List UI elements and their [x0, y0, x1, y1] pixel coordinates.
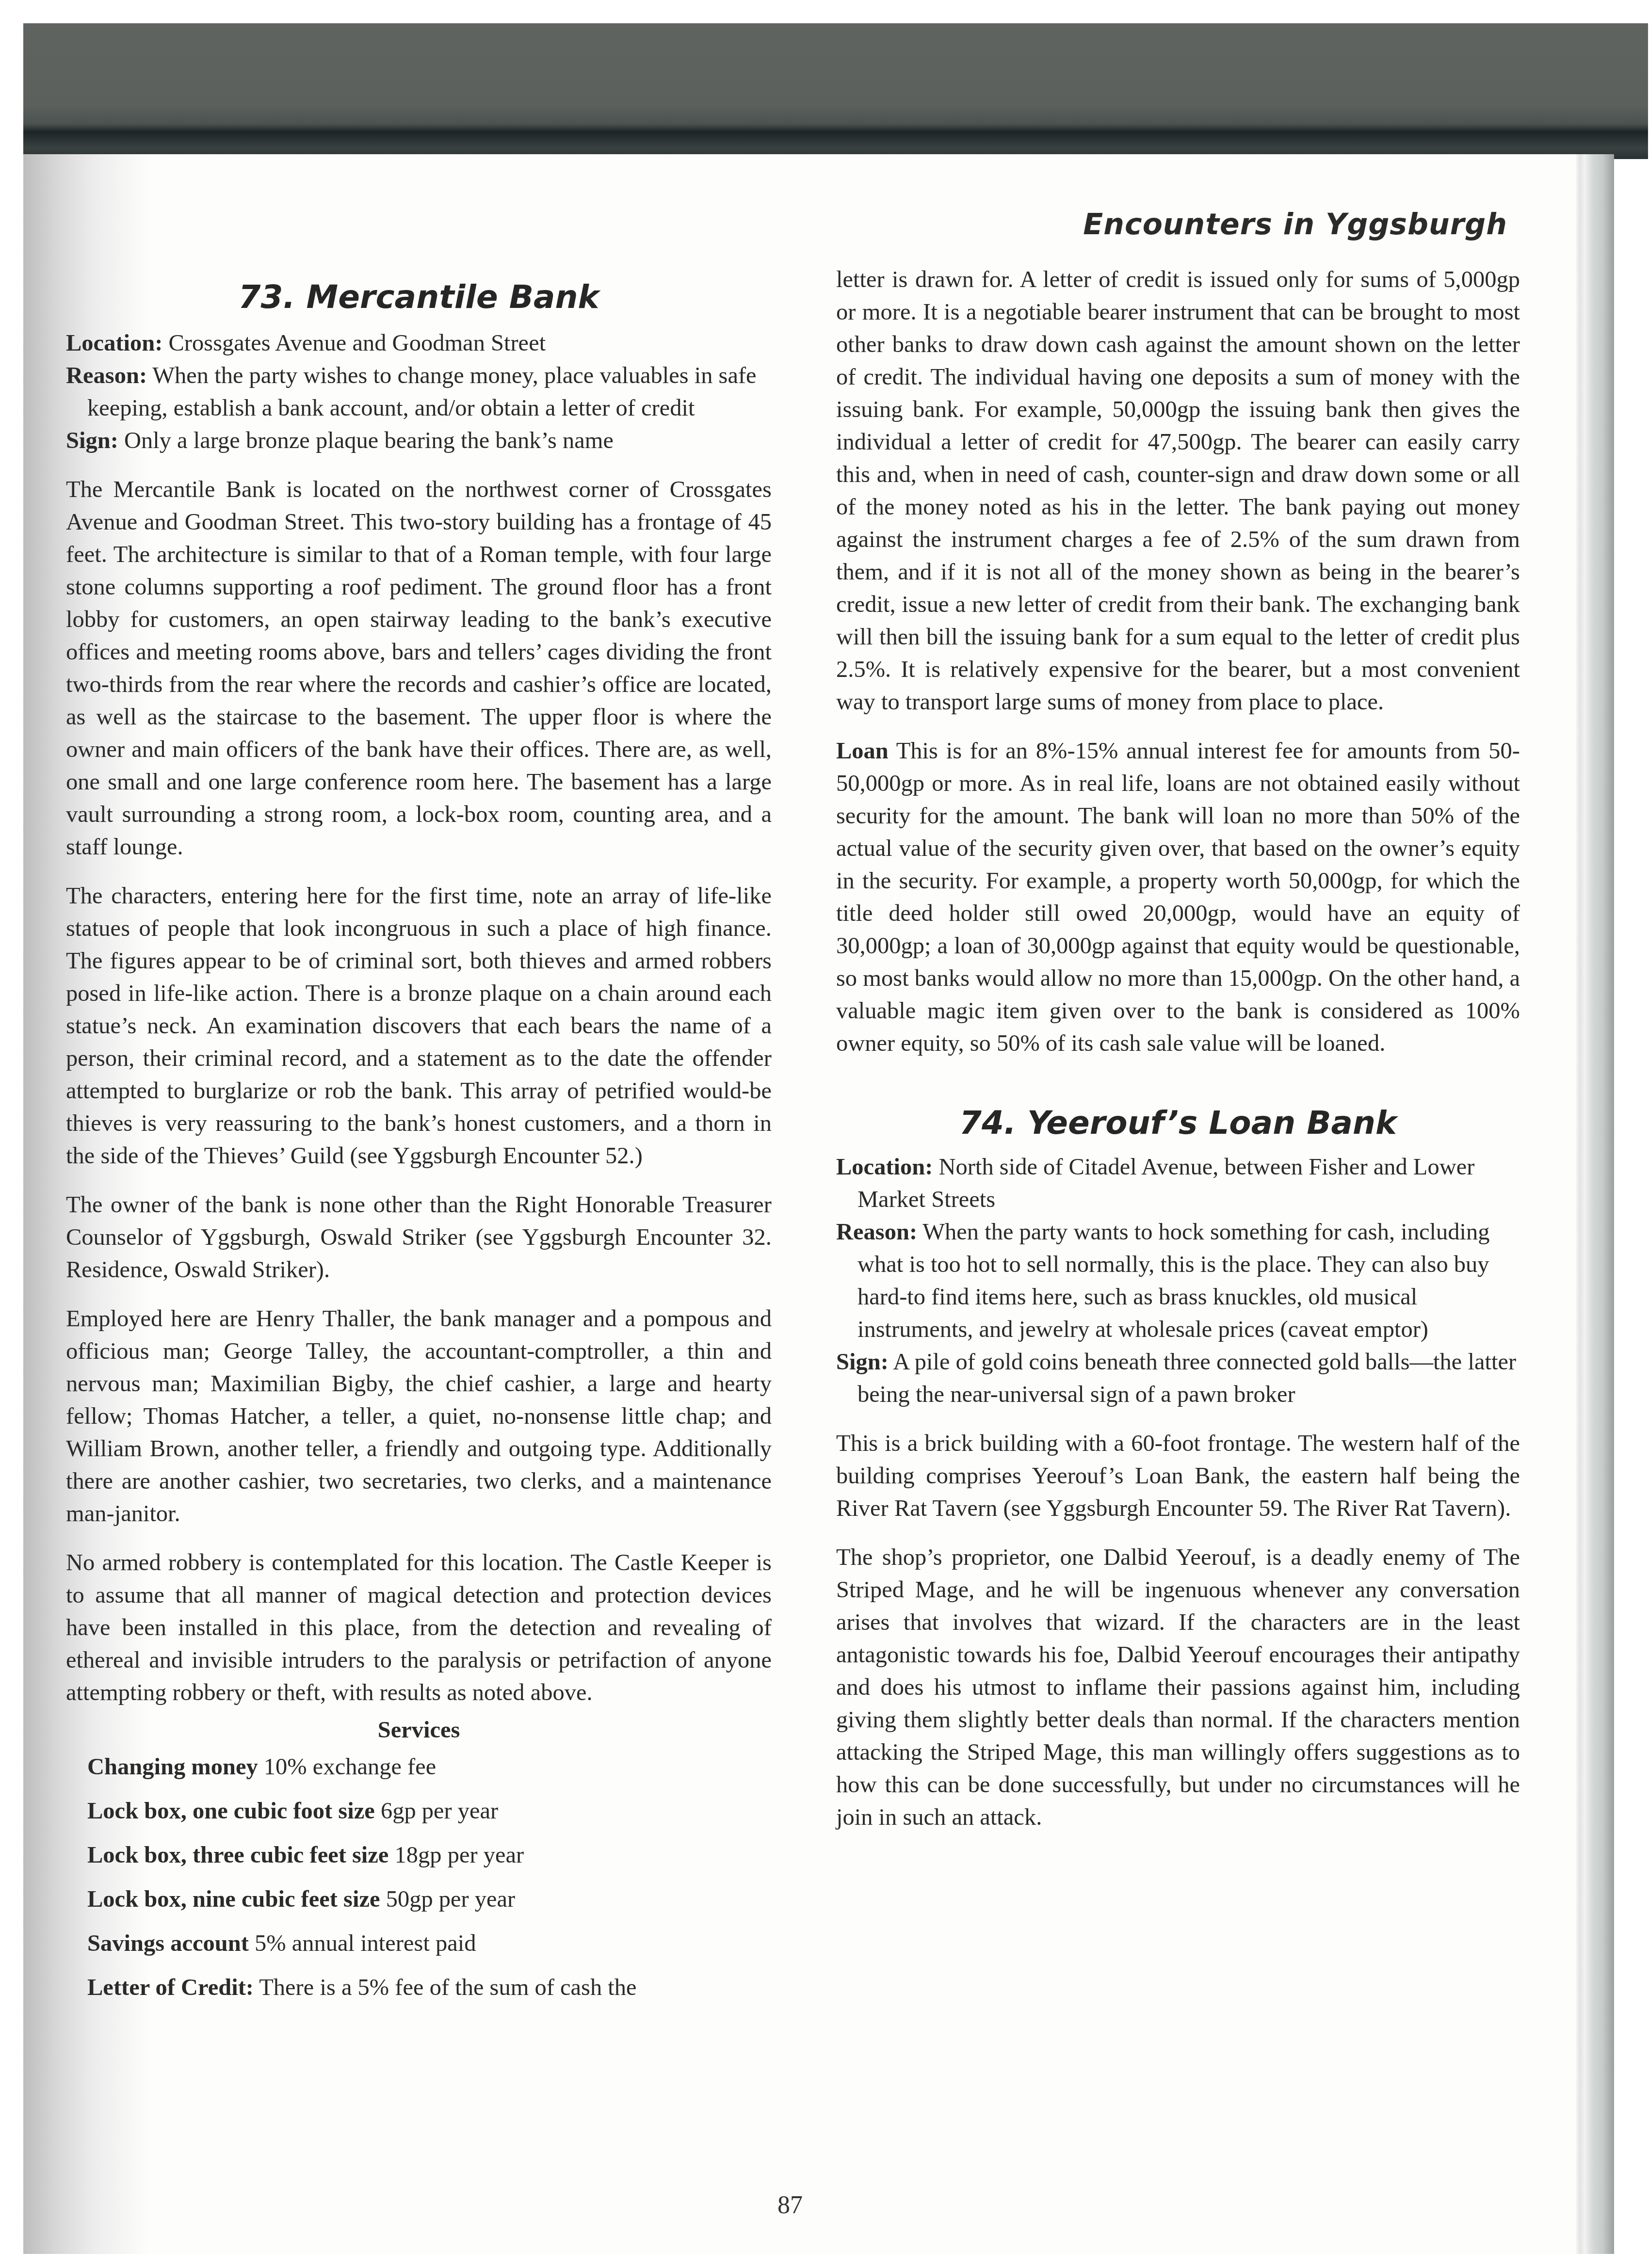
- services-heading: Services: [66, 1716, 772, 1745]
- paragraph-employees: Employed here are Henry Thaller, the ban…: [66, 1303, 772, 1530]
- book-page: Encounters in Yggsburgh 73. Mercantile B…: [23, 154, 1614, 2254]
- service-name: Lock box, nine cubic feet size: [87, 1886, 380, 1912]
- paragraph-security: No armed robbery is contemplated for thi…: [66, 1546, 772, 1709]
- service-detail: There is a 5% fee of the sum of cash the: [259, 1975, 636, 2000]
- service-item: Savings account 5% annual interest paid: [66, 1921, 772, 1965]
- meta-label: Reason:: [836, 1219, 917, 1245]
- meta-location: Location: North side of Citadel Avenue, …: [836, 1151, 1520, 1216]
- service-item: Lock box, one cubic foot size 6gp per ye…: [66, 1789, 772, 1833]
- meta-value: When the party wants to hock something f…: [857, 1219, 1489, 1342]
- page-number: 87: [777, 2191, 803, 2220]
- left-column: 73. Mercantile Bank Location: Crossgates…: [66, 275, 772, 2010]
- paragraph-building: The Mercantile Bank is located on the no…: [66, 473, 772, 863]
- service-item: Changing money 10% exchange fee: [66, 1745, 772, 1789]
- service-item: Lock box, three cubic feet size 18gp per…: [66, 1833, 772, 1877]
- meta-value: North side of Citadel Avenue, between Fi…: [857, 1154, 1474, 1212]
- service-detail: 18gp per year: [395, 1842, 524, 1868]
- meta-label: Location:: [836, 1154, 933, 1180]
- meta-label: Sign:: [66, 428, 118, 453]
- meta-label: Location:: [66, 330, 162, 356]
- service-item: Lock box, nine cubic feet size 50gp per …: [66, 1877, 772, 1921]
- meta-sign: Sign: A pile of gold coins beneath three…: [836, 1346, 1520, 1411]
- paragraph-statues: The characters, entering here for the fi…: [66, 880, 772, 1172]
- paragraph-owner: The owner of the bank is none other than…: [66, 1189, 772, 1286]
- paragraph-building: This is a brick building with a 60-foot …: [836, 1427, 1520, 1525]
- loan-label: Loan: [836, 738, 889, 764]
- meta-reason: Reason: When the party wishes to change …: [66, 359, 772, 424]
- meta-sign: Sign: Only a large bronze plaque bearing…: [66, 424, 772, 457]
- meta-label: Sign:: [836, 1349, 889, 1375]
- service-name: Savings account: [87, 1930, 249, 1956]
- loan-text: This is for an 8%-15% annual interest fe…: [836, 738, 1520, 1056]
- page-edge: [1576, 154, 1614, 2254]
- service-name: Letter of Credit:: [87, 1975, 254, 2000]
- meta-reason: Reason: When the party wants to hock som…: [836, 1216, 1520, 1346]
- meta-value: When the party wishes to change money, p…: [87, 363, 757, 421]
- meta-label: Reason:: [66, 363, 147, 388]
- scanner-background: [23, 23, 1648, 159]
- service-name: Lock box, three cubic feet size: [87, 1842, 388, 1868]
- service-detail: 50gp per year: [386, 1886, 516, 1912]
- service-detail: 5% annual interest paid: [255, 1930, 476, 1956]
- meta-location: Location: Crossgates Avenue and Goodman …: [66, 327, 772, 359]
- running-header: Encounters in Yggsburgh: [1083, 208, 1507, 241]
- service-detail: 10% exchange fee: [264, 1754, 436, 1780]
- paragraph-proprietor: The shop’s proprietor, one Dalbid Yeerou…: [836, 1541, 1520, 1834]
- paragraph-letter-of-credit: letter is drawn for. A letter of credit …: [836, 263, 1520, 718]
- section-title-74: 74. Yeerouf’s Loan Bank: [836, 1101, 1520, 1145]
- meta-value: A pile of gold coins beneath three conne…: [857, 1349, 1516, 1407]
- service-name: Lock box, one cubic foot size: [87, 1798, 375, 1824]
- service-name: Changing money: [87, 1754, 258, 1780]
- service-detail: 6gp per year: [381, 1798, 498, 1824]
- right-column: letter is drawn for. A letter of credit …: [836, 263, 1520, 1834]
- section-title-73: 73. Mercantile Bank: [66, 275, 772, 319]
- meta-value: Crossgates Avenue and Goodman Street: [169, 330, 546, 356]
- paragraph-loan: Loan This is for an 8%-15% annual intere…: [836, 735, 1520, 1060]
- meta-value: Only a large bronze plaque bearing the b…: [124, 428, 614, 453]
- service-item: Letter of Credit: There is a 5% fee of t…: [66, 1965, 772, 2010]
